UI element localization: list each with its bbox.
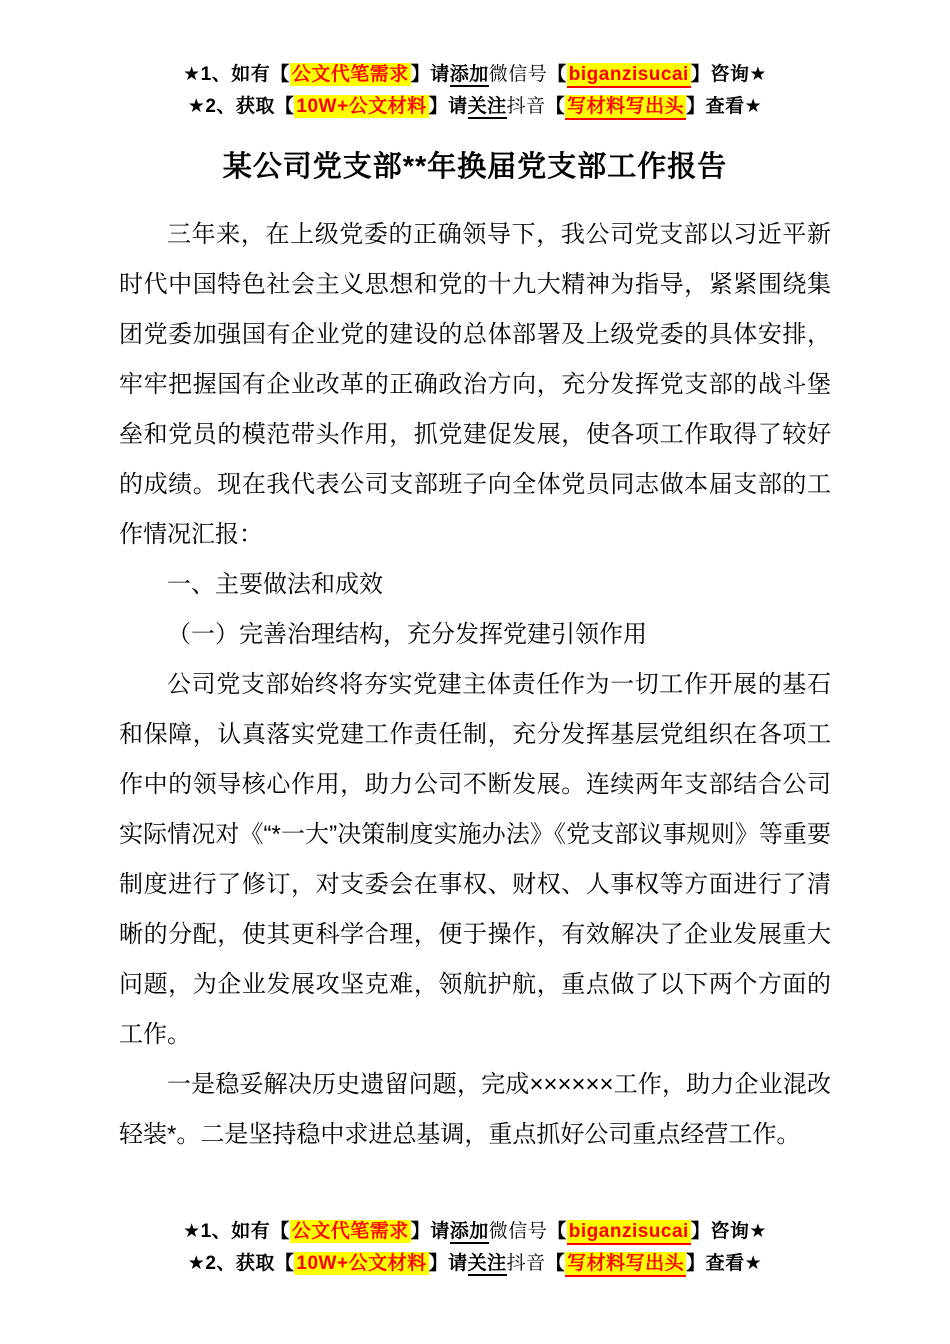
promo-text: 】请 <box>411 64 450 85</box>
promo-text: 抖音 <box>507 1253 546 1274</box>
promo-text: ★2、获取【 <box>188 96 295 117</box>
promo-text: 【 <box>547 64 567 85</box>
promo-text: 微信号 <box>489 1221 548 1242</box>
promo-underline-text: 关注 <box>468 1253 507 1276</box>
body-paragraph: 三年来，在上级党委的正确领导下，我公司党支部以习近平新时代中国特色社会主义思想和… <box>119 210 831 560</box>
promo-line-1: ★1、如有【公文代笔需求】请添加微信号【biganzisucai】咨询★ <box>0 1216 950 1248</box>
promo-text: 】咨询★ <box>691 64 767 85</box>
promo-line-2: ★2、获取【10W+公文材料】请关注抖音【写材料写出头】查看★ <box>0 91 950 123</box>
promo-banner-top: ★1、如有【公文代笔需求】请添加微信号【biganzisucai】咨询★ ★2、… <box>0 0 950 123</box>
promo-text: 【 <box>547 1221 567 1242</box>
promo-text: ★2、获取【 <box>188 1253 295 1274</box>
promo-underline-text: 添加 <box>450 64 489 87</box>
document-title: 某公司党支部**年换届党支部工作报告 <box>0 146 950 188</box>
promo-wechat-id: biganzisucai <box>567 1220 691 1245</box>
promo-text: 】查看★ <box>686 1253 762 1274</box>
promo-line-1: ★1、如有【公文代笔需求】请添加微信号【biganzisucai】咨询★ <box>0 59 950 91</box>
promo-text: 】查看★ <box>686 96 762 117</box>
promo-text: 微信号 <box>489 64 548 85</box>
document-page: { "colors": { "page_bg": "#ffffff", "tex… <box>0 0 950 1344</box>
promo-highlight: 10W+公文材料 <box>294 1252 428 1275</box>
promo-text: 抖音 <box>507 96 546 117</box>
promo-text: 【 <box>546 96 566 117</box>
promo-highlight: 10W+公文材料 <box>294 95 428 118</box>
body-paragraph: 公司党支部始终将夯实党建主体责任作为一切工作开展的基石和保障，认真落实党建工作责… <box>119 660 831 1060</box>
promo-text: 】请 <box>429 96 468 117</box>
promo-text: 】请 <box>429 1253 468 1274</box>
document-body: 三年来，在上级党委的正确领导下，我公司党支部以习近平新时代中国特色社会主义思想和… <box>119 210 831 1160</box>
body-paragraph: 一是稳妥解决历史遗留问题，完成××××××工作，助力企业混改轻装*。二是坚持稳中… <box>119 1060 831 1160</box>
promo-text: 【 <box>546 1253 566 1274</box>
promo-banner-bottom: ★1、如有【公文代笔需求】请添加微信号【biganzisucai】咨询★ ★2、… <box>0 1216 950 1280</box>
promo-text: 】咨询★ <box>691 1221 767 1242</box>
promo-text: ★1、如有【 <box>183 64 290 85</box>
promo-line-2: ★2、获取【10W+公文材料】请关注抖音【写材料写出头】查看★ <box>0 1248 950 1280</box>
section-heading-1a: （一）完善治理结构，充分发挥党建引领作用 <box>119 610 831 660</box>
section-heading-1: 一、主要做法和成效 <box>119 560 831 610</box>
promo-underline-text: 添加 <box>450 1221 489 1244</box>
promo-highlight: 公文代笔需求 <box>290 63 411 86</box>
promo-douyin-id: 写材料写出头 <box>565 1252 686 1277</box>
promo-douyin-id: 写材料写出头 <box>565 95 686 120</box>
promo-highlight: 公文代笔需求 <box>290 1220 411 1243</box>
promo-underline-text: 关注 <box>468 96 507 119</box>
promo-wechat-id: biganzisucai <box>567 63 691 88</box>
promo-text: ★1、如有【 <box>183 1221 290 1242</box>
promo-text: 】请 <box>411 1221 450 1242</box>
